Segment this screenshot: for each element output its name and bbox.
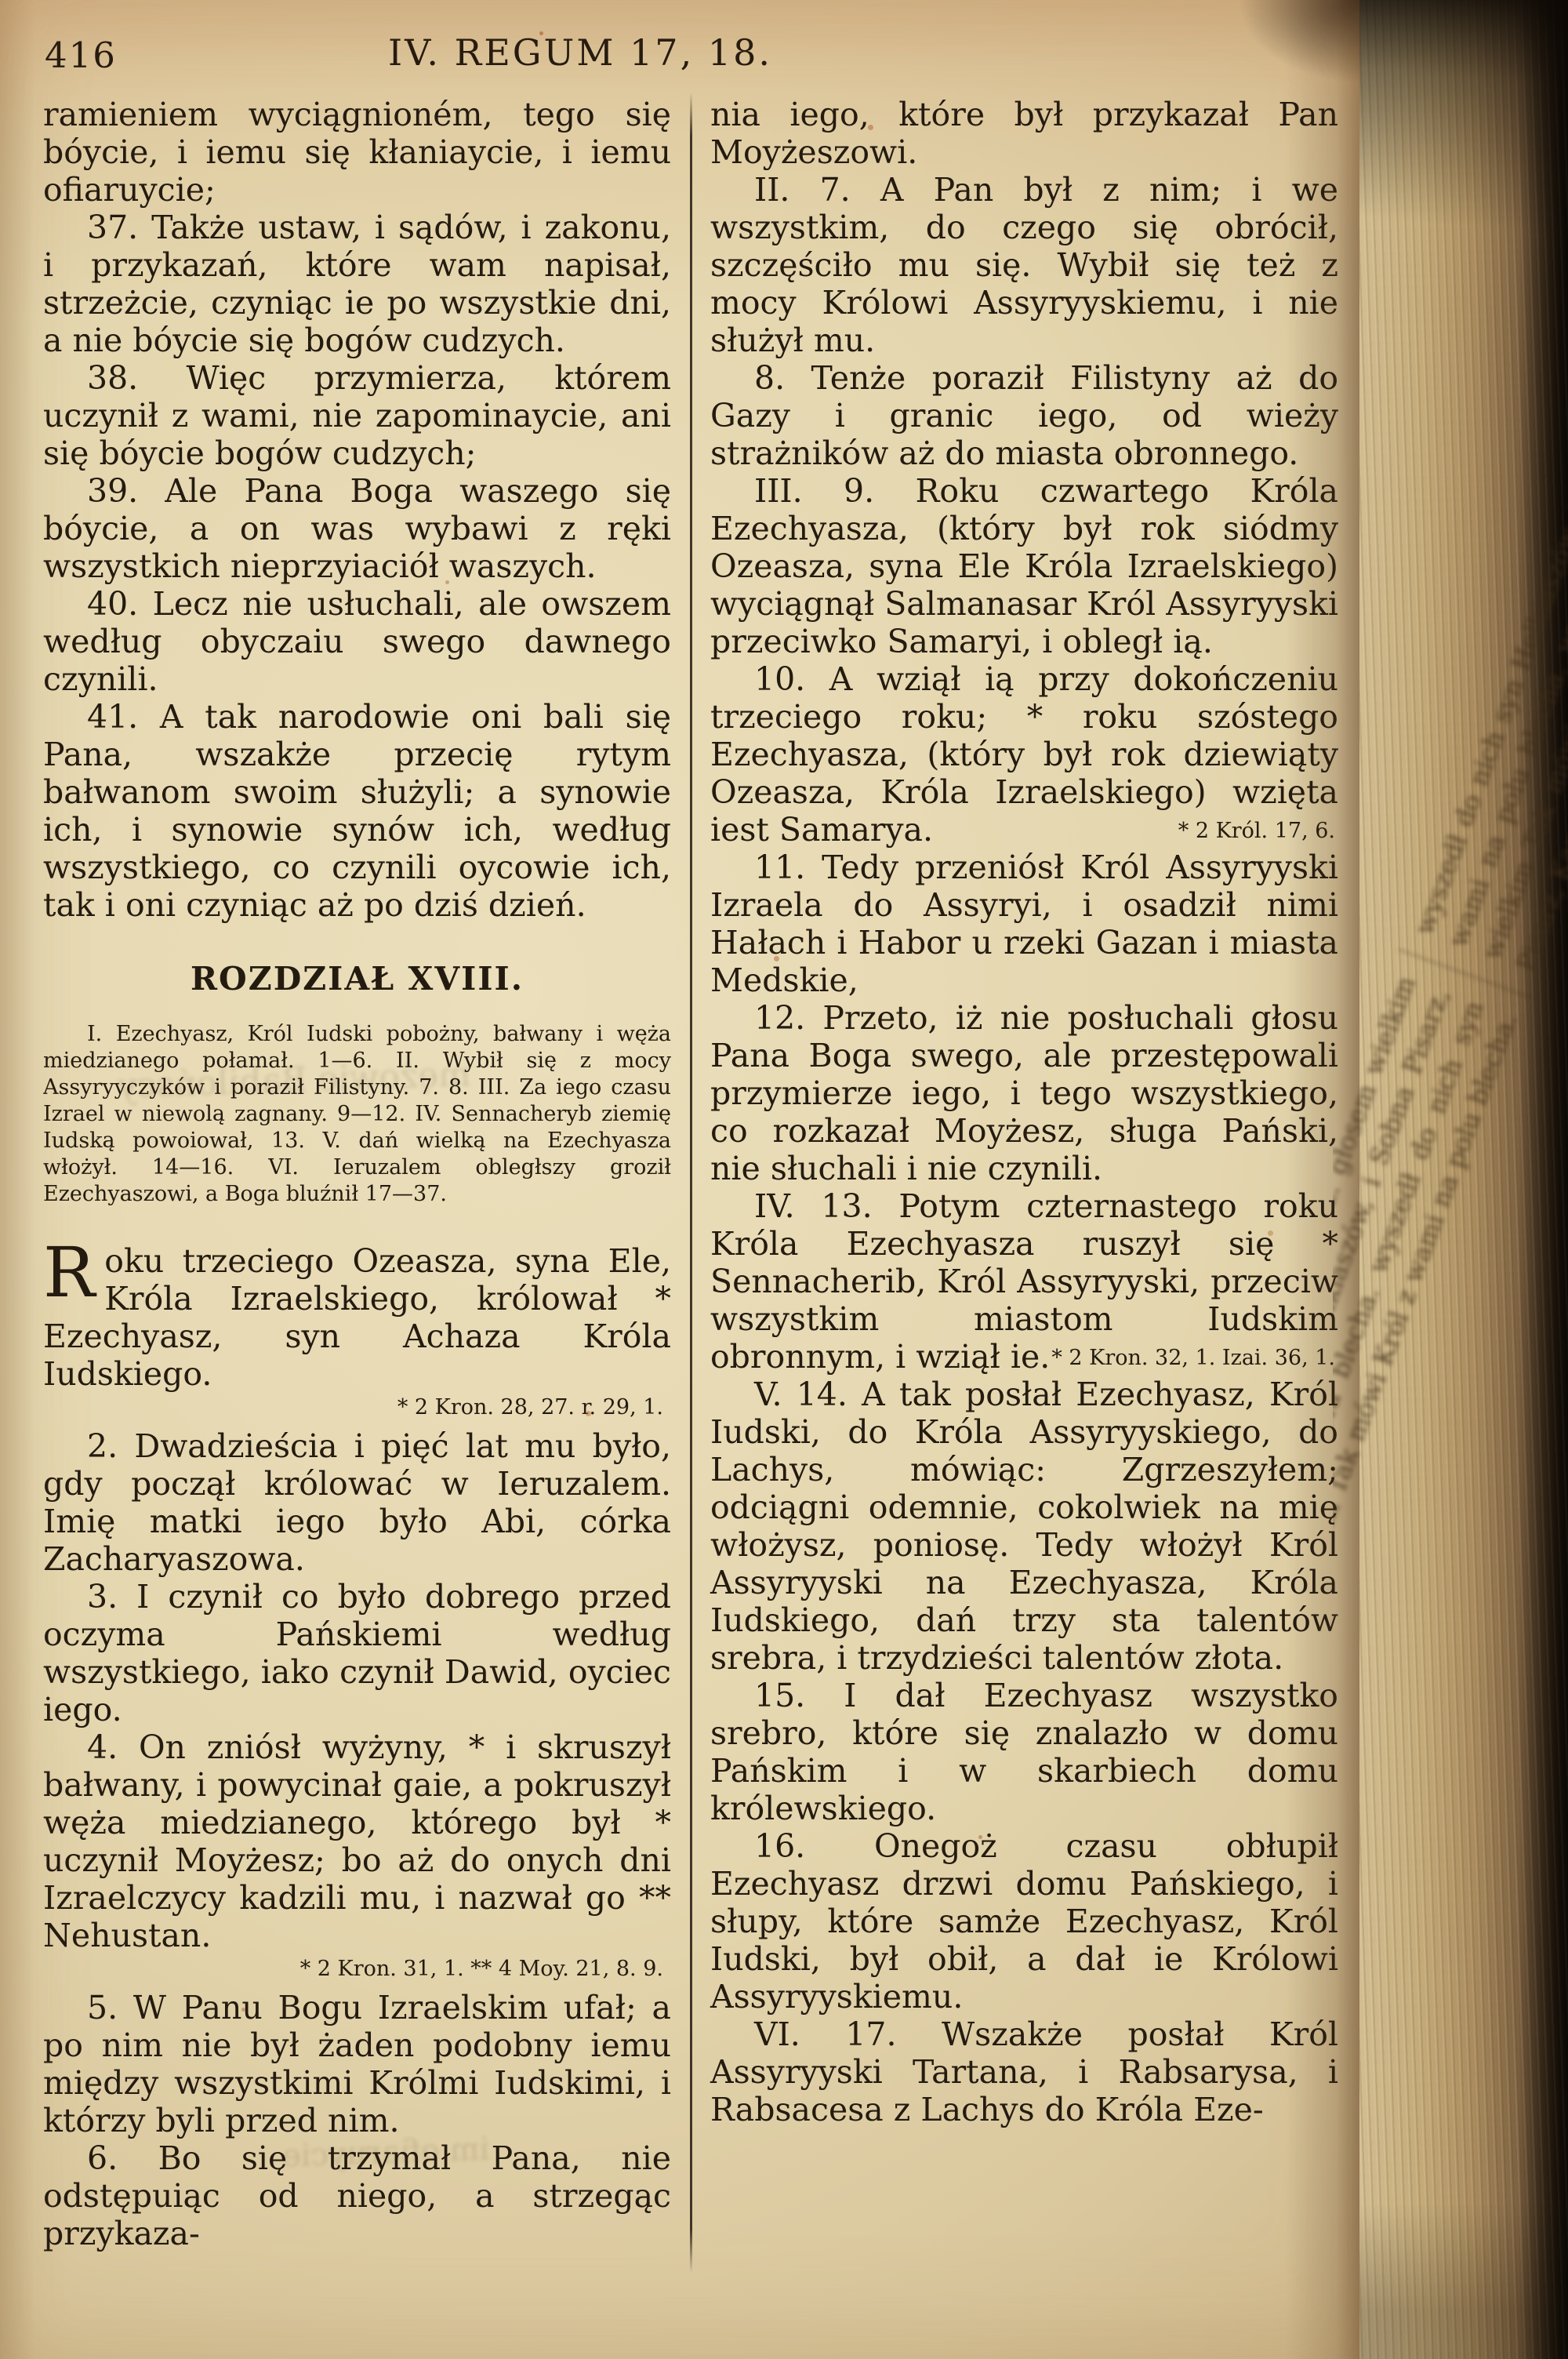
verse-paragraph: nia iego, które był przykazał Pan Moyżes…: [710, 96, 1338, 171]
running-header: IV. REGUM 17, 18.: [294, 31, 866, 74]
verse-paragraph: ramieniem wyciągnioném, tego się bóycie,…: [43, 96, 671, 209]
verse-text: oku trzeciego Ozeasza, syna Ele, Króla I…: [43, 1242, 671, 1393]
verse-paragraph: 11. Tedy przeniósł Król Assyryyski Izrae…: [710, 849, 1338, 999]
book-fore-edge: [1359, 0, 1568, 2359]
left-column: ramieniem wyciągnioném, tego się bóycie,…: [43, 96, 671, 2354]
footnote: * 2 Kron. 31, 1. ** 4 Moy. 21, 8. 9.: [43, 1956, 663, 1983]
verse-paragraph: 40. Lecz nie usłuchali, ale owszem wedłu…: [43, 585, 671, 698]
verse-paragraph: 12. Przeto, iż nie posłuchali głosu Pana…: [710, 999, 1338, 1187]
footnote: * 2 Kron. 28, 27. r. 29, 1.: [43, 1394, 663, 1421]
verse-paragraph: V. 14. A tak posłał Ezechyasz, Król Iuds…: [710, 1376, 1338, 1677]
verse-paragraph: 5. W Panu Bogu Izraelskim ufał; a po nim…: [43, 1989, 671, 2139]
verse-paragraph: VI. 17. Wszakże posłał Król Assyryyski T…: [710, 2016, 1338, 2128]
main-page: 416 IV. REGUM 17, 18. mężowie Babilońscy…: [0, 0, 1359, 2359]
verse-paragraph: 6. Bo się trzymał Pana, nie odstępuiąc o…: [43, 2139, 671, 2252]
verse-paragraph: 10. A wziął ią przy dokończeniu trzecieg…: [710, 660, 1338, 849]
verse-paragraph: Roku trzeciego Ozeasza, syna Ele, Króla …: [43, 1242, 671, 1393]
verse-paragraph: IV. 13. Potym czternastego roku Króla Ez…: [710, 1187, 1338, 1376]
drop-cap-initial: R: [43, 1242, 104, 1302]
verse-paragraph: 37. Także ustaw, i sądów, i zakonu, i pr…: [43, 209, 671, 359]
verse-paragraph: 41. A tak narodowie oni bali się Pana, w…: [43, 698, 671, 924]
verse-paragraph: 3. I czynił co było dobrego przed oczyma…: [43, 1578, 671, 1728]
page-edge-shadow: [1359, 0, 1568, 2359]
verse-paragraph: 15. I dał Ezechyasz wszystko srebro, któ…: [710, 1677, 1338, 1827]
verse-paragraph: 2. Dwadzieścia i pięć lat mu było, gdy p…: [43, 1427, 671, 1578]
text-columns: ramieniem wyciągnioném, tego się bóycie,…: [43, 96, 1338, 2354]
right-column: nia iego, które był przykazał Pan Moyżes…: [710, 96, 1338, 2354]
verse-paragraph: 4. On zniósł wyżyny, * i skruszył bałwan…: [43, 1728, 671, 1954]
verse-paragraph: 16. Onegoż czasu obłupił Ezechyasz drzwi…: [710, 1827, 1338, 2016]
verse-paragraph: III. 9. Roku czwartego Króla Ezechyasza,…: [710, 472, 1338, 660]
verse-paragraph: II. 7. A Pan był z nim; i we wszystkim, …: [710, 171, 1338, 359]
page-number: 416: [45, 35, 117, 76]
foxing-specks: [539, 31, 543, 35]
verse-paragraph: 8. Tenże poraził Filistyny aż do Gazy i …: [710, 359, 1338, 472]
chapter-heading: ROZDZIAŁ XVIII.: [43, 960, 671, 998]
verse-paragraph: 39. Ale Pana Boga waszego się bóycie, a …: [43, 472, 671, 585]
book-scan: 416 IV. REGUM 17, 18. mężowie Babilońscy…: [0, 0, 1568, 2359]
chapter-summary: I. Ezechyasz, Król Iudski pobożny, bałwa…: [43, 1021, 671, 1208]
verse-paragraph: 38. Więc przymierza, którem uczynił z wa…: [43, 359, 671, 472]
